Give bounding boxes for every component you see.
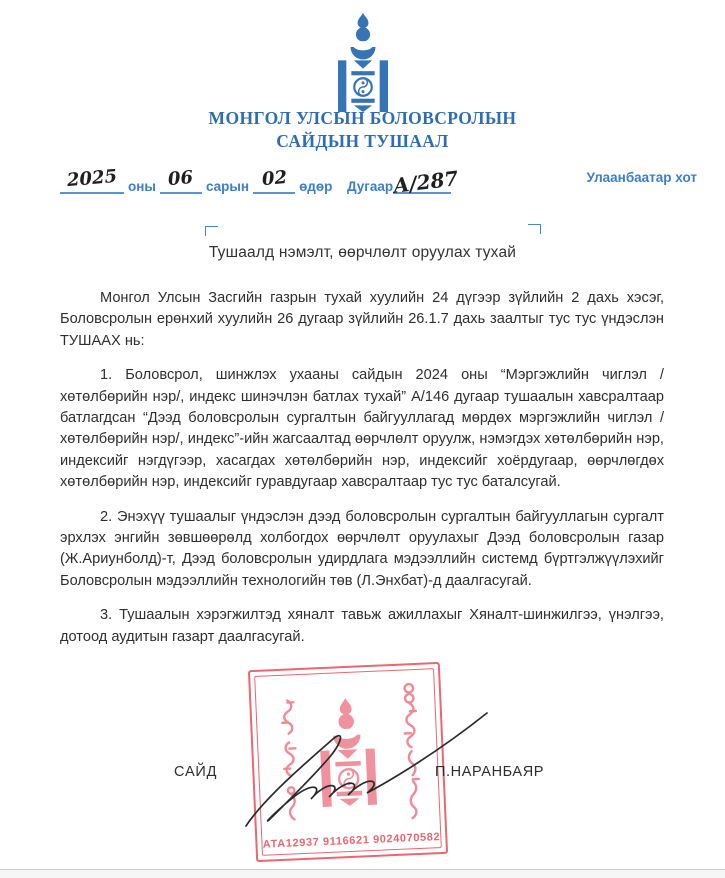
number-label: Дугаар bbox=[347, 179, 393, 194]
subject-title: Тушаалд нэмэлт, өөрчлөлт оруулах тухай bbox=[0, 244, 725, 262]
order-number: ДугаарА/287 bbox=[347, 172, 451, 194]
signer-name: П.НАРАНБАЯР bbox=[435, 764, 544, 780]
day-label: өдөр bbox=[299, 179, 332, 194]
date-fields: 2025оны06сарын02өдөр bbox=[60, 172, 336, 194]
date-row: 2025оны06сарын02өдөр ДугаарА/287 Улаанба… bbox=[60, 166, 697, 200]
paragraph-intro: Монгол Улсын Засгийн газрын тухай хуулий… bbox=[60, 288, 664, 352]
day-handwritten: 02 bbox=[261, 170, 287, 188]
month-handwritten: 06 bbox=[168, 170, 194, 188]
year-label: оны bbox=[128, 179, 156, 194]
org-title: МОНГОЛ УЛСЫН БОЛОВСРОЛЫН САЙДЫН ТУШААЛ bbox=[0, 107, 725, 153]
order-body: Монгол Улсын Засгийн газрын тухай хуулий… bbox=[60, 288, 664, 661]
minister-signature bbox=[233, 684, 495, 834]
year-handwritten: 2025 bbox=[66, 169, 117, 189]
number-handwritten: А/287 bbox=[392, 170, 459, 194]
signer-title: САЙД bbox=[174, 764, 217, 780]
year-field: 2025 bbox=[60, 172, 124, 194]
month-field: 06 bbox=[160, 172, 202, 194]
month-label: сарын bbox=[206, 179, 249, 194]
subject-block: Тушаалд нэмэлт, өөрчлөлт оруулах тухай bbox=[0, 222, 725, 262]
number-field: А/287 bbox=[393, 172, 451, 194]
soyombo-emblem-icon bbox=[0, 12, 725, 112]
paragraph-clause-3: 3. Тушаалын хэрэгжилтэд хяналт тавьж ажи… bbox=[60, 605, 664, 648]
corner-bracket-left bbox=[205, 226, 218, 236]
paragraph-clause-1: 1. Боловсрол, шинжлэх ухааны сайдын 2024… bbox=[60, 365, 664, 493]
paragraph-clause-2: 2. Энэхүү тушаалыг үндэслэн дээд боловср… bbox=[60, 507, 664, 593]
document-page: МОНГОЛ УЛСЫН БОЛОВСРОЛЫН САЙДЫН ТУШААЛ 2… bbox=[0, 0, 725, 878]
org-title-line1: МОНГОЛ УЛСЫН БОЛОВСРОЛЫН bbox=[0, 107, 725, 130]
city-label: Улаанбаатар хот bbox=[587, 170, 697, 185]
corner-bracket-right bbox=[528, 224, 541, 234]
page-bottom-edge bbox=[0, 869, 725, 878]
day-field: 02 bbox=[253, 172, 295, 194]
org-title-line2: САЙДЫН ТУШААЛ bbox=[0, 130, 725, 153]
